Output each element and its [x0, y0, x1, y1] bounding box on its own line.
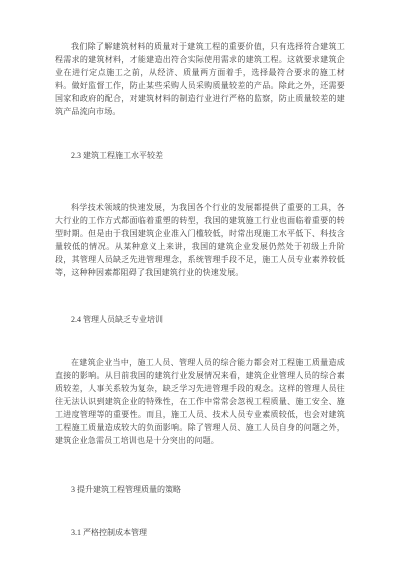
section-heading-3-1: 3.1 严格控制成本管理: [55, 528, 345, 538]
paragraph-management-training: 在建筑企业当中，施工人员、管理人员的综合能力都会对工程施工质量造成直接的影响。从…: [55, 356, 345, 447]
paragraph-construction-level: 科学技术领域的快速发展，为我国各个行业的发展都提供了重要的工具，各大行业的工作方…: [55, 201, 345, 279]
paragraph-building-materials: 我们除了解建筑材料的质量对于建筑工程的重要价值，只有选择符合建筑工程需求的建筑材…: [55, 40, 345, 118]
section-heading-2-4: 2.4 管理人员缺乏专业培训: [55, 315, 345, 325]
section-heading-2-3: 2.3 建筑工程施工水平较差: [55, 151, 345, 161]
document-page: 我们除了解建筑材料的质量对于建筑工程的重要价值，只有选择符合建筑工程需求的建筑材…: [0, 0, 400, 566]
section-heading-3: 3 提升建筑工程管理质量的策略: [55, 485, 345, 495]
